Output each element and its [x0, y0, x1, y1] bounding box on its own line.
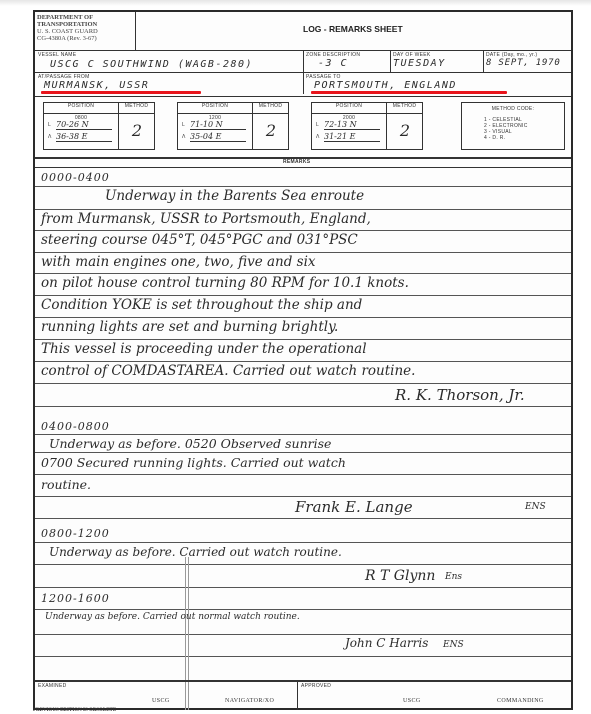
- ruled-line: [35, 634, 571, 635]
- margin-line: [188, 557, 189, 710]
- day-of-week-value: TUESDAY: [393, 58, 446, 69]
- date-field: DATE (Day, mo., yr.) 8 SEPT, 1970: [486, 52, 561, 68]
- divider: [135, 12, 136, 50]
- longitude-prefix: λ: [316, 134, 320, 140]
- vessel-label: VESSEL NAME: [38, 52, 253, 58]
- remark-line: 0700 Secured running lights. Carried out…: [41, 455, 346, 470]
- remark-line: Underway in the Barents Sea enroute: [105, 188, 364, 204]
- red-underline-passage-to: [311, 91, 507, 94]
- divider: [35, 96, 571, 97]
- divider: [252, 113, 253, 149]
- passage-to-value: PORTSMOUTH, ENGLAND: [306, 80, 457, 91]
- remark-line: routine.: [41, 477, 91, 492]
- longitude-prefix: λ: [48, 134, 52, 140]
- officer-signature: R T Glynn: [365, 568, 435, 584]
- remarks-heading: REMARKS: [283, 159, 310, 165]
- remark-line: Underway as before. Carried out watch ro…: [49, 545, 342, 559]
- ruled-line: [35, 564, 571, 565]
- ruled-line: [35, 230, 571, 231]
- position-label: POSITION: [312, 103, 387, 114]
- method-label: METHOD: [387, 103, 422, 114]
- latitude-prefix: L: [182, 122, 185, 128]
- method-label: METHOD: [253, 103, 288, 114]
- ruled-line: [35, 609, 571, 610]
- ruled-line: [35, 317, 571, 318]
- ruled-line: [35, 406, 571, 407]
- approved-service: USCG: [403, 698, 421, 704]
- approved-label: APPROVED: [301, 683, 331, 689]
- position-label: POSITION: [44, 103, 119, 114]
- ruled-line: [35, 361, 571, 362]
- zone-description-field: ZONE DESCRIPTION -3 C: [306, 52, 360, 69]
- watch-period: 1200-1600: [41, 592, 110, 605]
- ruled-line: [35, 452, 571, 453]
- officer-signature: Frank E. Lange: [295, 498, 413, 516]
- ruled-line: [35, 273, 571, 274]
- divider: [35, 167, 571, 168]
- ruled-line: [35, 383, 571, 384]
- divider: [483, 50, 484, 72]
- longitude-value: 31-21 E: [324, 132, 380, 142]
- ruled-line: [35, 295, 571, 296]
- department-line-2: TRANSPORTATION: [37, 21, 135, 28]
- remark-line: Underway as before. 0520 Observed sunris…: [49, 436, 331, 451]
- approved-role: COMMANDING: [497, 698, 544, 704]
- bottom-note: PREVIOUS EDITION IS OBSOLETE: [33, 708, 116, 713]
- ruled-line: [35, 339, 571, 340]
- divider: [35, 680, 571, 682]
- latitude-prefix: L: [48, 122, 51, 128]
- method-value: 2: [122, 121, 152, 140]
- officer-rank: ENS: [525, 502, 546, 512]
- latitude-value: 71-10 N: [190, 120, 246, 130]
- remark-line: Underway as before. Carried out normal w…: [45, 612, 300, 622]
- ruled-line: [35, 587, 571, 588]
- officer-signature: John C Harris: [345, 636, 428, 650]
- remark-line: with main engines one, two, five and six: [41, 254, 316, 270]
- remark-line: control of COMDASTAREA. Carried out watc…: [41, 363, 415, 379]
- position-label: POSITION: [178, 103, 253, 114]
- longitude-value: 36-38 E: [56, 132, 112, 142]
- red-underline-passage-from: [41, 91, 201, 94]
- form-number: CG-4380A (Rev. 3-67): [37, 35, 135, 42]
- latitude-value: 72-13 N: [324, 120, 380, 130]
- ruled-line: [35, 474, 571, 475]
- method-code-item: 4 - D. R.: [484, 135, 558, 141]
- position-box: POSITION METHOD 2000 L 72-13 N λ 31-21 E…: [311, 102, 423, 150]
- margin-line: [185, 557, 186, 710]
- department-line-3: U. S. COAST GUARD: [37, 28, 135, 35]
- remark-line: Condition YOKE is set throughout the shi…: [41, 297, 362, 313]
- remark-line: running lights are set and burning brigh…: [41, 319, 338, 335]
- watch-period: 0000-0400: [41, 171, 110, 184]
- method-code-title: METHOD CODE:: [468, 106, 558, 112]
- latitude-value: 70-26 N: [56, 120, 112, 130]
- ruled-line: [35, 518, 571, 519]
- day-of-week-field: DAY OF WEEK TUESDAY: [393, 52, 446, 69]
- vessel-value: USCG C SOUTHWIND (WAGB-280): [38, 59, 253, 70]
- page-title: LOG - REMARKS SHEET: [303, 24, 403, 34]
- passage-from-field: AT/PASSAGE FROM MURMANSK, USSR: [38, 74, 149, 91]
- longitude-prefix: λ: [182, 134, 186, 140]
- ruled-line: [35, 434, 571, 435]
- divider: [35, 72, 571, 73]
- method-value: 2: [390, 121, 420, 140]
- method-code-box: METHOD CODE: 1 - CELESTIAL 2 - ELECTRONI…: [461, 102, 565, 150]
- remark-line: from Murmansk, USSR to Portsmouth, Engla…: [41, 211, 371, 227]
- ruled-line: [35, 186, 571, 187]
- examined-service: USCG: [152, 698, 170, 704]
- examined-role: NAVIGATOR/XO: [225, 698, 274, 704]
- passage-to-field: PASSAGE TO PORTSMOUTH, ENGLAND: [306, 74, 457, 91]
- ruled-line: [35, 209, 571, 210]
- log-remarks-sheet: DEPARTMENT OF TRANSPORTATION U. S. COAST…: [33, 10, 573, 710]
- divider: [297, 680, 298, 710]
- vessel-field: VESSEL NAME USCG C SOUTHWIND (WAGB-280): [38, 52, 253, 70]
- position-box: POSITION METHOD 1200 L 71-10 N λ 35-04 E…: [177, 102, 289, 150]
- ruled-line: [35, 542, 571, 543]
- officer-rank: Ens: [445, 572, 462, 582]
- position-box: POSITION METHOD 0800 L 70-26 N λ 36-38 E…: [43, 102, 155, 150]
- watch-period: 0800-1200: [41, 527, 110, 540]
- divider: [118, 113, 119, 149]
- divider: [386, 113, 387, 149]
- department-line-1: DEPARTMENT OF: [37, 14, 135, 21]
- ruled-line: [35, 252, 571, 253]
- zone-description-value: -3 C: [306, 58, 360, 69]
- remark-line: This vessel is proceeding under the oper…: [41, 341, 367, 357]
- page-top-shade: [0, 0, 591, 6]
- examined-label: EXAMINED: [38, 683, 67, 689]
- department-block: DEPARTMENT OF TRANSPORTATION U. S. COAST…: [37, 14, 135, 50]
- method-value: 2: [256, 121, 286, 140]
- latitude-prefix: L: [316, 122, 319, 128]
- method-label: METHOD: [119, 103, 154, 114]
- longitude-value: 35-04 E: [190, 132, 246, 142]
- ruled-line: [35, 496, 571, 497]
- remark-line: steering course 045°T, 045°PGC and 031°P…: [41, 232, 358, 248]
- officer-signature: R. K. Thorson, Jr.: [395, 386, 525, 404]
- date-value: 8 SEPT, 1970: [486, 58, 561, 68]
- passage-from-value: MURMANSK, USSR: [38, 80, 149, 91]
- ruled-line: [35, 656, 571, 657]
- remark-line: on pilot house control turning 80 RPM fo…: [41, 275, 409, 291]
- watch-period: 0400-0800: [41, 420, 110, 433]
- divider: [390, 50, 391, 72]
- officer-rank: ENS: [443, 640, 464, 650]
